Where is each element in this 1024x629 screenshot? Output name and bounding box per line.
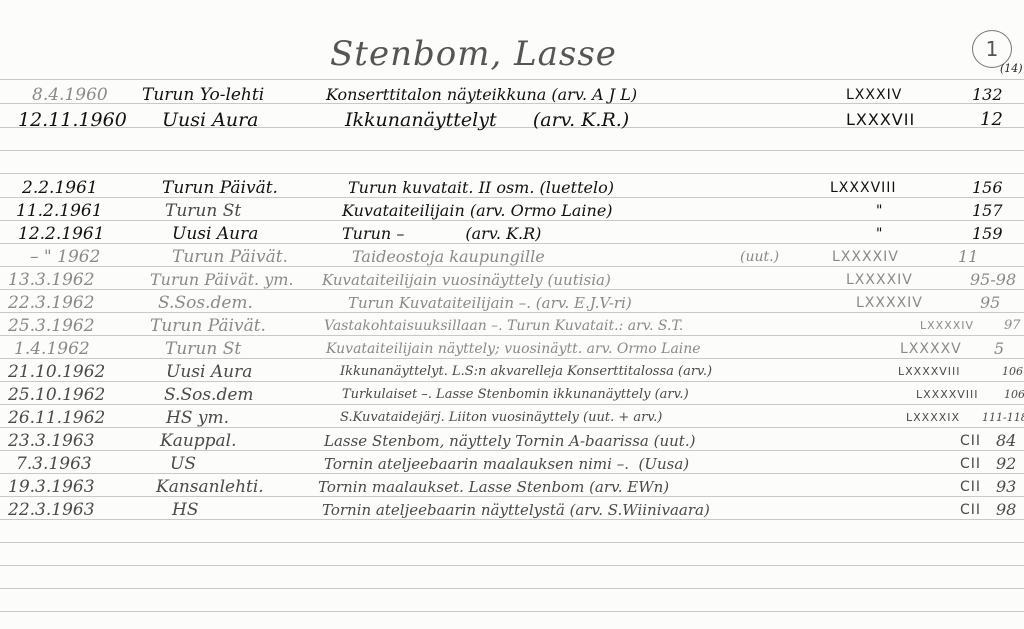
entry-page: 106: [1004, 383, 1024, 407]
entry-source: Uusi Aura: [172, 222, 258, 246]
entry-source: S.Sos.dem: [164, 383, 254, 407]
entry-row: – " 1962 Turun Päivät. Taideostoja kaupu…: [0, 245, 1024, 269]
ruled-line: [0, 150, 1024, 151]
entry-volume: LXXXXIV: [856, 291, 923, 315]
entry-date: 25.10.1962: [8, 383, 105, 407]
entry-row: 12.2.1961 Uusi Aura Turun – (arv. K.R) "…: [0, 222, 1024, 246]
entry-page: 157: [972, 199, 1003, 223]
entry-page: 156: [972, 176, 1003, 200]
entry-page: 93: [996, 475, 1016, 499]
ruled-line: [0, 542, 1024, 543]
entry-date: 12.11.1960: [18, 108, 127, 132]
entry-volume: LXXXXVIII: [916, 383, 979, 407]
entry-volume: CII: [960, 452, 981, 476]
entry-description: Ikkunanäyttelyt (arv. K.R.): [345, 108, 629, 132]
entry-page: 98: [996, 498, 1016, 522]
entry-row: 25.10.1962 S.Sos.dem Turkulaiset –. Lass…: [0, 383, 1024, 407]
ruled-line: [0, 173, 1024, 174]
entry-description: Vastakohtaisuuksillaan –. Turun Kuvatait…: [324, 314, 683, 338]
entry-description: Turun kuvatait. II osm. (luettelo): [348, 176, 614, 200]
entry-description: Lasse Stenbom, näyttely Tornin A-baariss…: [324, 429, 695, 453]
entry-date: 2.2.1961: [22, 176, 98, 200]
entry-date: 22.3.1963: [8, 498, 95, 522]
entry-description: Turun – (arv. K.R): [342, 222, 541, 246]
entry-date: 25.3.1962: [8, 314, 95, 338]
entry-page: 84: [996, 429, 1016, 453]
entry-date: 8.4.1960: [32, 83, 108, 107]
entry-source: US: [170, 452, 196, 476]
entry-description: Kuvataiteilijain vuosinäyttely (uutisia): [322, 268, 611, 292]
entry-volume: LXXXIV: [846, 83, 902, 107]
entry-description: Taideostoja kaupungille: [352, 245, 545, 269]
entry-row: 21.10.1962 Uusi Aura Ikkunanäyttelyt. L.…: [0, 360, 1024, 384]
entry-date: 7.3.1963: [16, 452, 92, 476]
entry-source: Turun Päivät.: [162, 176, 278, 200]
entry-date: 11.2.1961: [16, 199, 103, 223]
entry-date: 22.3.1962: [8, 291, 95, 315]
entry-page: 92: [996, 452, 1016, 476]
entry-volume: LXXXXIX: [906, 406, 960, 430]
entry-volume: ": [876, 222, 883, 246]
ruled-line: [0, 565, 1024, 566]
entry-volume: LXXXXIV: [920, 314, 974, 338]
entry-page: 12: [980, 108, 1003, 132]
entry-source: Turun Yo-lehti: [142, 83, 264, 107]
entry-page: 5: [994, 337, 1004, 361]
entry-row: 19.3.1963 Kansanlehti. Tornin maalaukset…: [0, 475, 1024, 499]
entry-source: HS: [172, 498, 198, 522]
entry-page: 95-98: [970, 268, 1016, 292]
entry-page: 159: [972, 222, 1003, 246]
entry-date: 21.10.1962: [8, 360, 105, 384]
entry-description: Ikkunanäyttelyt. L.S:n akvarelleja Konse…: [340, 360, 712, 384]
entry-volume: LXXXXV: [900, 337, 962, 361]
entry-page: 95: [980, 291, 1000, 315]
entry-description: Tornin ateljeebaarin näyttelystä (arv. S…: [322, 498, 710, 522]
entry-volume: ": [876, 199, 883, 223]
entry-date: 12.2.1961: [18, 222, 105, 246]
entry-description: Kuvataiteilijain näyttely; vuosinäytt. a…: [326, 337, 701, 361]
entry-source: Turun Päivät.: [150, 314, 266, 338]
ruled-line: [0, 611, 1024, 612]
entry-source: Kansanlehti.: [156, 475, 264, 499]
entry-description: Tornin maalaukset. Lasse Stenbom (arv. E…: [318, 475, 669, 499]
entry-volume: LXXXXIV: [846, 268, 913, 292]
entry-note: (uut.): [740, 245, 779, 269]
page-superscript: (14): [1000, 62, 1023, 75]
entry-volume: CII: [960, 498, 981, 522]
entry-row: 26.11.1962 HS ym. S.Kuvataidejärj. Liito…: [0, 406, 1024, 430]
entry-source: Turun Päivät.: [172, 245, 288, 269]
entry-page: 132: [972, 83, 1003, 107]
entry-source: S.Sos.dem.: [158, 291, 253, 315]
entry-source: Uusi Aura: [162, 108, 258, 132]
entry-page: 111-118: [982, 406, 1024, 430]
entry-date: – " 1962: [30, 245, 100, 269]
entry-source: Turun Päivät. ym.: [150, 268, 294, 292]
entry-volume: LXXXXVIII: [898, 360, 961, 384]
entry-volume: CII: [960, 429, 981, 453]
entry-source: Uusi Aura: [166, 360, 252, 384]
card-title: Stenbom, Lasse: [330, 34, 617, 74]
entry-source: HS ym.: [166, 406, 229, 430]
entry-description: Tornin ateljeebaarin maalauksen nimi –. …: [324, 452, 689, 476]
entry-row: 22.3.1963 HS Tornin ateljeebaarin näytte…: [0, 498, 1024, 522]
entry-row: 25.3.1962 Turun Päivät. Vastakohtaisuuks…: [0, 314, 1024, 338]
entry-row: 12.11.1960 Uusi Aura Ikkunanäyttelyt (ar…: [0, 108, 1024, 132]
entry-date: 26.11.1962: [8, 406, 105, 430]
entry-row: 7.3.1963 US Tornin ateljeebaarin maalauk…: [0, 452, 1024, 476]
entry-date: 13.3.1962: [8, 268, 95, 292]
entry-row: 8.4.1960 Turun Yo-lehti Konserttitalon n…: [0, 83, 1024, 107]
entry-description: S.Kuvataidejärj. Liiton vuosinäyttely (u…: [340, 406, 662, 430]
entry-row: 1.4.1962 Turun St Kuvataiteilijain näytt…: [0, 337, 1024, 361]
entry-row: 23.3.1963 Kauppal. Lasse Stenbom, näytte…: [0, 429, 1024, 453]
entry-page: 97: [1004, 314, 1021, 338]
entry-volume: LXXXVIII: [830, 176, 897, 200]
entry-volume: LXXXXIV: [832, 245, 899, 269]
entry-description: Konserttitalon näyteikkuna (arv. A J L): [326, 83, 637, 107]
entry-page: 106: [1002, 360, 1023, 384]
entry-page: 11: [958, 245, 978, 269]
entry-description: Turun Kuvataiteilijain –. (arv. E.J.V-ri…: [348, 291, 632, 315]
entry-row: 11.2.1961 Turun St Kuvataiteilijain (arv…: [0, 199, 1024, 223]
entry-description: Kuvataiteilijain (arv. Ormo Laine): [342, 199, 613, 223]
ruled-line: [0, 79, 1024, 80]
entry-description: Turkulaiset –. Lasse Stenbomin ikkunanäy…: [342, 383, 689, 407]
ruled-line: [0, 588, 1024, 589]
index-card: Stenbom, Lasse 1 (14) 8.4.1960 Turun Yo-…: [0, 0, 1024, 629]
entry-source: Turun St: [165, 337, 241, 361]
entry-date: 19.3.1963: [8, 475, 95, 499]
entry-row: 13.3.1962 Turun Päivät. ym. Kuvataiteili…: [0, 268, 1024, 292]
entry-date: 1.4.1962: [14, 337, 90, 361]
entry-volume: LXXXVII: [846, 108, 915, 132]
entry-volume: CII: [960, 475, 981, 499]
entry-source: Turun St: [165, 199, 241, 223]
entry-row: 22.3.1962 S.Sos.dem. Turun Kuvataiteilij…: [0, 291, 1024, 315]
entry-source: Kauppal.: [160, 429, 237, 453]
entry-date: 23.3.1963: [8, 429, 95, 453]
entry-row: 2.2.1961 Turun Päivät. Turun kuvatait. I…: [0, 176, 1024, 200]
